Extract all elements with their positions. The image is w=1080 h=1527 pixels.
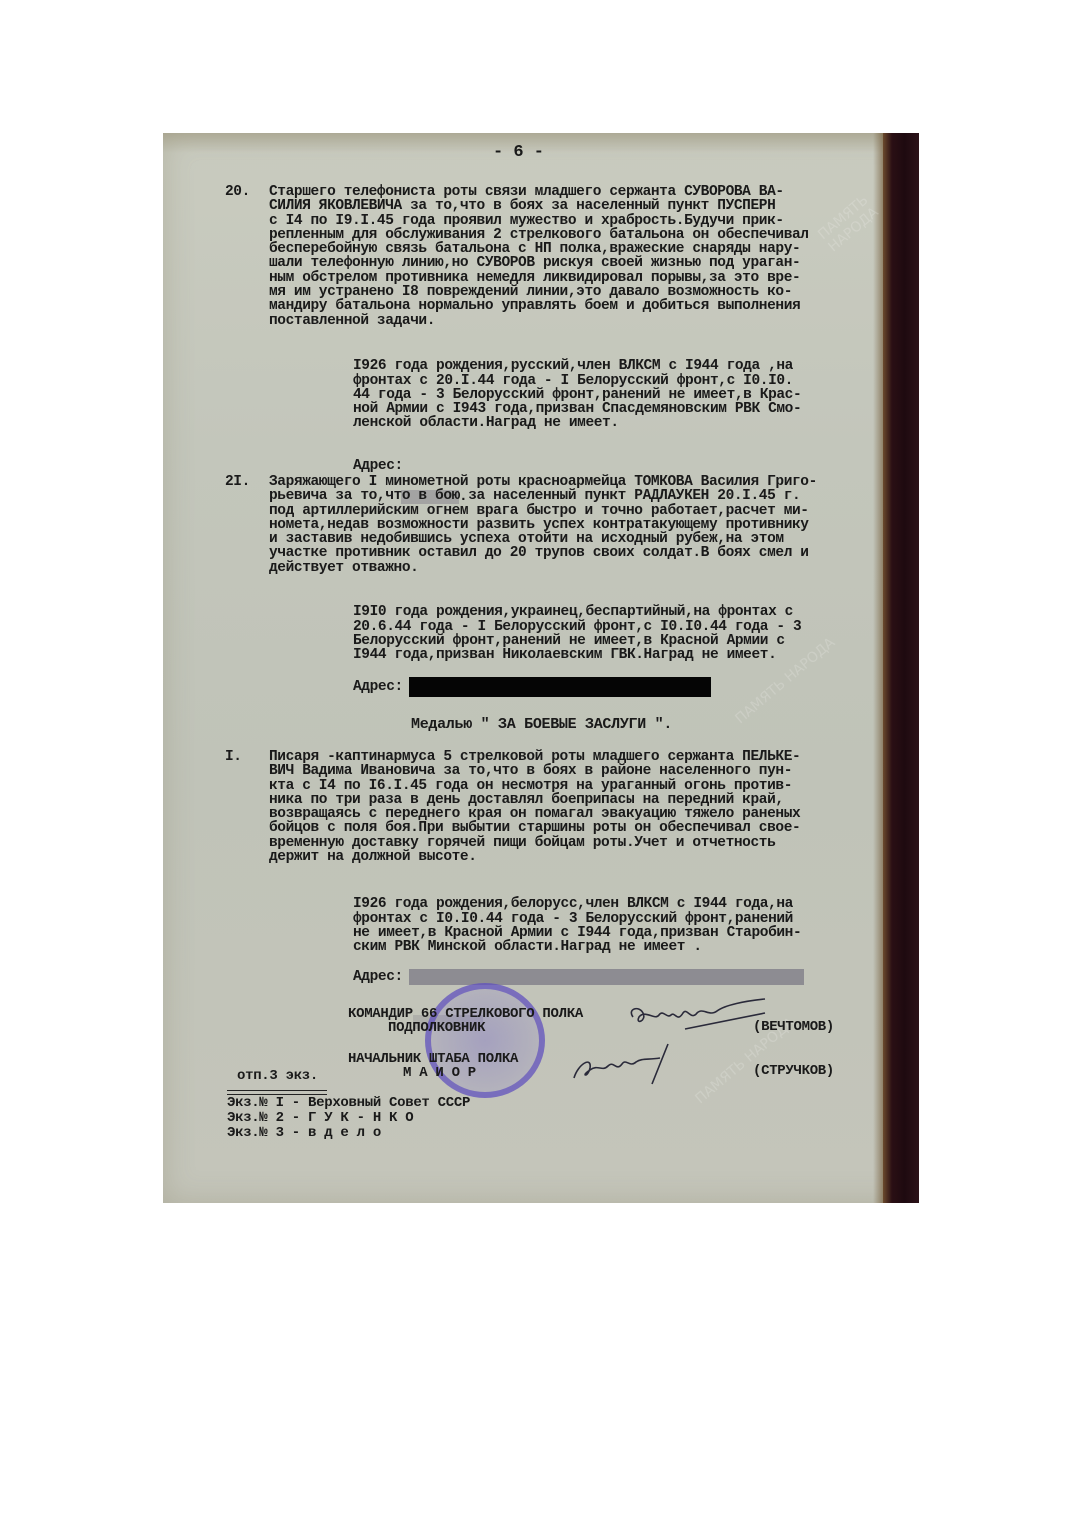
chief-of-staff-rank: М А И О Р	[403, 1065, 476, 1081]
copies-header: отп.3 экз.	[237, 1068, 318, 1084]
address-label: Адрес:	[353, 970, 403, 984]
commander-name: (ВЕЧТОМОВ)	[753, 1019, 834, 1035]
entry-number: I.	[225, 750, 242, 764]
document-scan: ПАМЯТЬ НАРОДА ПАМЯТЬ НАРОДА ПАМЯТЬ НАРОД…	[163, 133, 919, 1203]
chief-of-staff-name: (СТРУЧКОВ)	[753, 1063, 834, 1079]
chief-of-staff-signature	[568, 1038, 688, 1088]
bio-text: I926 года рождения,русский,член ВЛКСМ с …	[353, 359, 873, 430]
commander-rank: ПОДПОЛКОВНИК	[388, 1020, 485, 1036]
copy-line-2: Экз.№ 2 - Г У К - Н К О	[227, 1111, 470, 1126]
address-row: Адрес:	[353, 445, 873, 474]
section-heading: Медалью " ЗА БОЕВЫЕ ЗАСЛУГИ ".	[411, 716, 672, 733]
entry-citation: Писаря -каптинармуса 5 стрелковой роты м…	[269, 750, 867, 864]
address-redaction	[409, 677, 711, 697]
copy-line-1: Экз.№ I - Верховный Совет СССР	[227, 1096, 470, 1111]
copy-line-3: Экз.№ 3 - в д е л о	[227, 1126, 470, 1141]
address-row: Адрес:	[353, 969, 873, 985]
copies-list: Экз.№ I - Верховный Совет СССР Экз.№ 2 -…	[227, 1096, 470, 1141]
document-text: - 6 - 20. Старшего телефониста роты связ…	[163, 133, 919, 1203]
award-entry-20: 20. Старшего телефониста роты связи млад…	[227, 185, 867, 328]
entry-number: 20.	[225, 185, 250, 199]
entry-citation: Заряжающего I минометной роты красноарме…	[269, 475, 867, 575]
address-redaction	[409, 969, 804, 985]
bio-text: I926 года рождения,белорусс,член ВЛКСМ с…	[353, 897, 873, 954]
entry-number: 2I.	[225, 475, 250, 489]
entry-citation: Старшего телефониста роты связи младшего…	[269, 185, 867, 328]
entry-21-bio: I9I0 года рождения,украинец,беспартийный…	[353, 591, 873, 711]
address-row: Адрес:	[353, 677, 873, 697]
award-entry-1: I. Писаря -каптинармуса 5 стрелковой рот…	[227, 750, 867, 864]
award-entry-21: 2I. Заряжающего I минометной роты красно…	[227, 475, 867, 575]
bio-text: I9I0 года рождения,украинец,беспартийный…	[353, 605, 873, 662]
address-label: Адрес:	[353, 458, 403, 474]
address-label: Адрес:	[353, 680, 403, 694]
page-number: - 6 -	[493, 143, 544, 162]
